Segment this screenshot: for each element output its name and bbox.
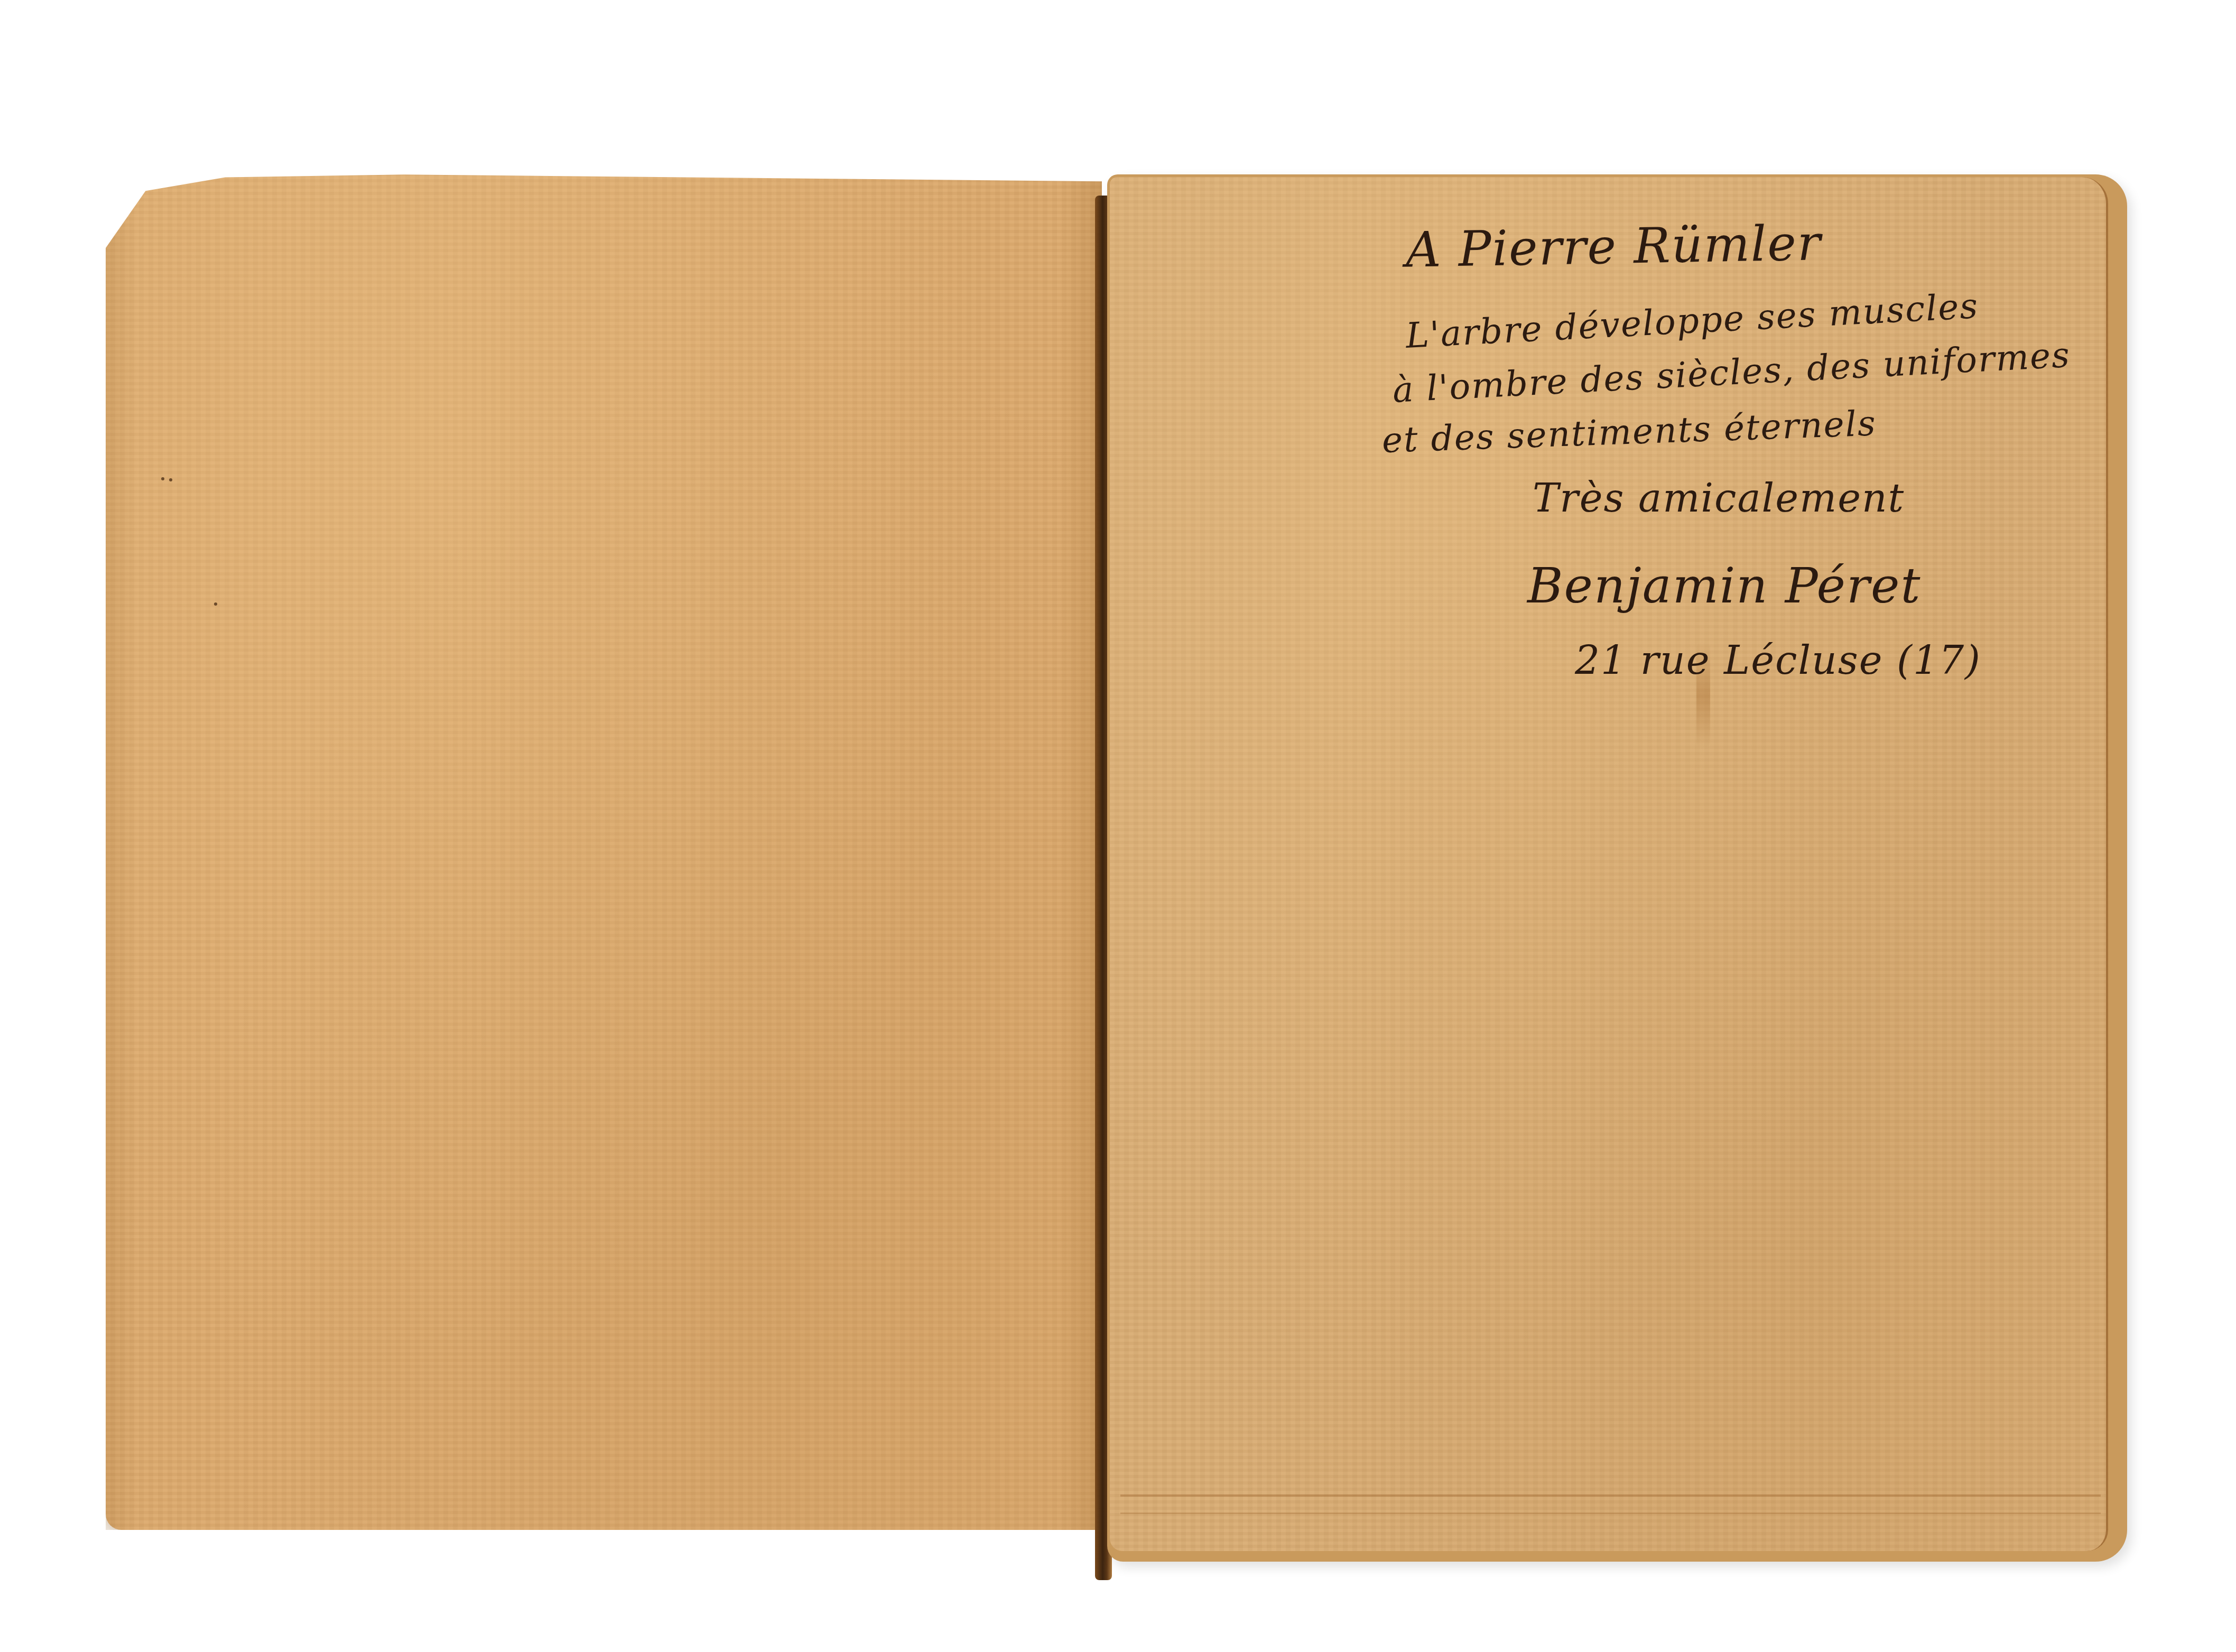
paper-speck [161,477,164,480]
left-page-edge-shading [106,169,137,1530]
handwritten-inscription: A Pierre Rümler L'arbre développe ses mu… [1110,177,2106,1551]
left-page-blank [106,169,1102,1530]
closing-line: Très amicalement [1533,476,1905,521]
photo-scene: A Pierre Rümler L'arbre développe ses mu… [0,0,2236,1652]
author-address: 21 rue Lécluse (17) [1575,638,1981,683]
dedication-line: A Pierre Rümler [1405,215,1822,279]
paper-speck [214,602,217,606]
author-signature: Benjamin Péret [1527,558,1921,614]
poem-line-3: et des sentiments éternels [1381,403,1877,461]
right-page-inscribed: A Pierre Rümler L'arbre développe ses mu… [1110,177,2108,1551]
paper-speck [169,478,172,481]
